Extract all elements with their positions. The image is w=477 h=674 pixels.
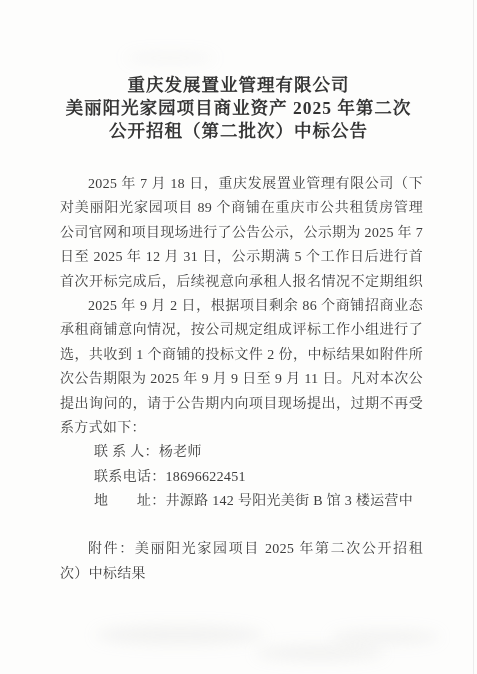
paragraph-line: 选，共收到 1 个商铺的投标文件 2 份，中标结果如附件所示。本 <box>60 344 423 368</box>
scan-artifact <box>255 645 385 661</box>
scanned-document-page: 重庆发展置业管理有限公司 美丽阳光家园项目商业资产 2025 年第二次 公开招租… <box>0 0 477 674</box>
contact-person-row: 联 系 人：杨老师 <box>94 441 423 465</box>
scan-artifact <box>95 625 265 645</box>
title-line-3: 公开招租（第二批次）中标公告 <box>0 120 477 143</box>
paragraph-line: 2025 年 7 月 18 日，重庆发展置业管理有限公司（下称公司） <box>60 173 423 197</box>
contact-address-row: 地 址：井源路 142 号阳光美街 B 馆 3 楼运营中心 <box>94 490 423 514</box>
paragraph-line: 日至 2025 年 12 月 31 日，公示期满 5 个工作日后进行首次开标， <box>60 246 423 270</box>
paragraph-line: 公司官网和项目现场进行了公告公示，公示期为 2025 年 7 月 18 <box>60 222 423 246</box>
paragraph-line: 承租商铺意向情况，按公司规定组成评标工作小组进行了开标评 <box>60 319 423 343</box>
scan-artifact <box>330 630 440 644</box>
paragraph-line: 2025 年 9 月 2 日，根据项目剩余 86 个商铺招商业态规划及 <box>60 295 423 319</box>
paragraph-line: 提出询问的，请于公告期内向项目现场提出，过期不再受理。联 <box>60 393 423 417</box>
attachment-line: 附件：美丽阳光家园项目 2025 年第二次公开招租（第二批 <box>60 538 423 562</box>
scan-page-edge <box>473 0 474 674</box>
attachment-note: 附件：美丽阳光家园项目 2025 年第二次公开招租（第二批 次）中标结果 <box>60 538 423 587</box>
contact-person-label: 联 系 人： <box>94 441 159 465</box>
paragraph-line: 对美丽阳光家园项目 89 个商铺在重庆市公共租赁房管理局官网、 <box>60 197 423 221</box>
contact-info: 联 系 人：杨老师 联系电话：18696622451 地 址：井源路 142 号… <box>94 441 423 514</box>
document-body: 2025 年 7 月 18 日，重庆发展置业管理有限公司（下称公司） 对美丽阳光… <box>60 173 423 587</box>
paragraph-2: 2025 年 9 月 2 日，根据项目剩余 86 个商铺招商业态规划及 承租商铺… <box>60 295 423 441</box>
document-title: 重庆发展置业管理有限公司 美丽阳光家园项目商业资产 2025 年第二次 公开招租… <box>0 0 477 143</box>
paragraph-line: 首次开标完成后，后续视意向承租人报名情况不定期组织招租。 <box>60 271 423 295</box>
contact-phone-label: 联系电话： <box>94 466 166 490</box>
attachment-line: 次）中标结果 <box>60 563 423 587</box>
paragraph-line: 系方式如下： <box>60 417 423 441</box>
contact-phone-row: 联系电话：18696622451 <box>94 466 423 490</box>
title-line-2: 美丽阳光家园项目商业资产 2025 年第二次 <box>0 97 477 120</box>
paragraph-1: 2025 年 7 月 18 日，重庆发展置业管理有限公司（下称公司） 对美丽阳光… <box>60 173 423 295</box>
contact-person-value: 杨老师 <box>159 445 202 460</box>
title-line-1: 重庆发展置业管理有限公司 <box>0 74 477 97</box>
paragraph-line: 次公告期限为 2025 年 9 月 9 日至 9 月 11 日。凡对本次公告内容 <box>60 368 423 392</box>
contact-phone-value: 18696622451 <box>166 470 246 485</box>
contact-address-label: 地 址： <box>94 490 166 514</box>
